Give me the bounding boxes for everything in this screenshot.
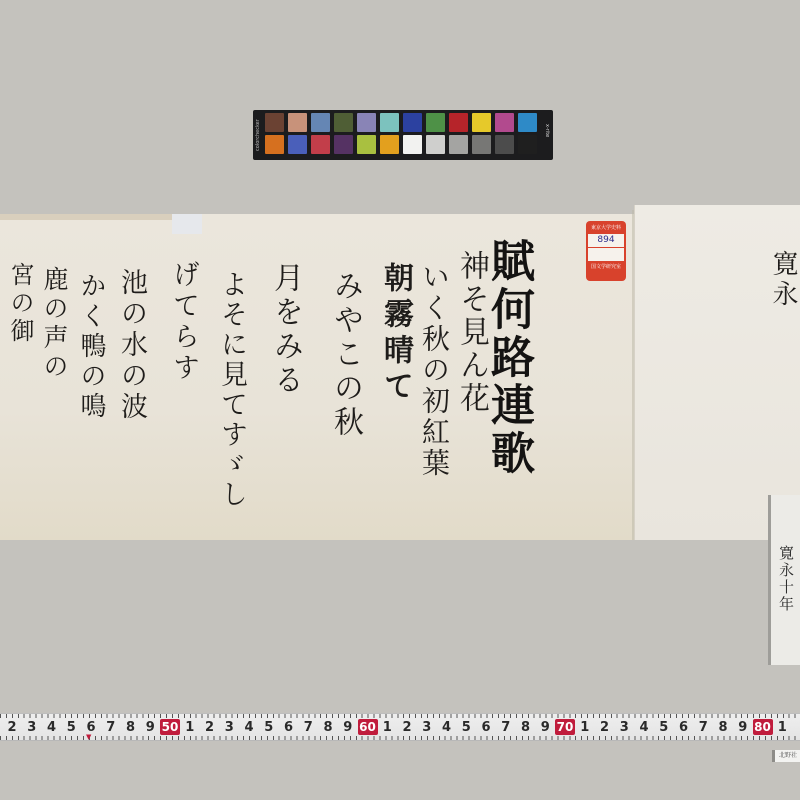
ruler-label: 7 <box>301 720 315 735</box>
ruler-label: 5 <box>64 720 78 735</box>
ruler-label: 4 <box>45 720 59 735</box>
color-swatch <box>472 113 491 132</box>
ruler-label: 4 <box>242 720 256 735</box>
color-swatch <box>265 135 284 154</box>
color-swatch <box>495 113 514 132</box>
color-swatch <box>311 135 330 154</box>
checker-maker-label: x-rite <box>542 124 550 148</box>
stamp-top-label: 東京大学史料 <box>588 223 624 233</box>
ruler-major-label: 60 <box>358 719 378 735</box>
text-column: 鹿の声の <box>42 266 67 382</box>
ruler-label: 7 <box>499 720 513 735</box>
stamp-bottom-label: 国文学研究室 <box>588 262 624 272</box>
ruler-label: 6 <box>282 720 296 735</box>
color-swatch <box>449 113 468 132</box>
color-swatch <box>426 135 445 154</box>
color-swatch <box>380 113 399 132</box>
ruler-label: 2 <box>598 720 612 735</box>
ruler-label: 3 <box>617 720 631 735</box>
ruler-label: 8 <box>321 720 335 735</box>
color-swatch <box>403 135 422 154</box>
ruler-major-label: 80 <box>753 719 773 735</box>
ruler-label: 4 <box>440 720 454 735</box>
stamp-blank-cell <box>588 248 624 261</box>
ruler-label: 7 <box>104 720 118 735</box>
document-title: 賦何路連歌 <box>486 238 530 478</box>
scroll-torn-notch <box>172 214 202 234</box>
ruler-label: 1 <box>183 720 197 735</box>
color-swatch <box>426 113 445 132</box>
text-column: 朝霧晴て <box>380 262 410 406</box>
ruler-major-label: 70 <box>555 719 575 735</box>
color-swatch <box>495 135 514 154</box>
text-column: かく鴨の鳴 <box>78 272 104 422</box>
color-swatch <box>518 113 537 132</box>
color-swatch <box>449 135 468 154</box>
color-swatch-grid <box>265 113 541 154</box>
ruler-label: 8 <box>519 720 533 735</box>
date-slip-text: 寛永十年 <box>776 545 797 613</box>
ruler-major-label: 50 <box>160 719 180 735</box>
text-column: みやこの秋 <box>330 270 360 440</box>
ruler-label: 1 <box>578 720 592 735</box>
text-column: 月をみる <box>270 262 300 398</box>
text-column: いく秋の初紅葉 <box>420 262 448 479</box>
ruler-label: 2 <box>5 720 19 735</box>
ruler-label: 6 <box>677 720 691 735</box>
ruler-label: 2 <box>400 720 414 735</box>
color-checker-card: colorchecker x-rite <box>253 110 553 160</box>
color-swatch <box>288 135 307 154</box>
ruler-label: 5 <box>657 720 671 735</box>
ruler-label: 5 <box>262 720 276 735</box>
ruler-label: 8 <box>716 720 730 735</box>
ruler-label: 9 <box>538 720 552 735</box>
text-column: 寛永 <box>770 250 796 310</box>
ruler-label: 3 <box>25 720 39 735</box>
ruler-label: 9 <box>736 720 750 735</box>
ruler-label: 8 <box>124 720 138 735</box>
ruler-label: 3 <box>420 720 434 735</box>
color-swatch <box>357 135 376 154</box>
text-column: よそに見てすゞし <box>218 270 245 510</box>
ruler-label: 9 <box>143 720 157 735</box>
color-swatch <box>334 135 353 154</box>
color-swatch <box>288 113 307 132</box>
stamp-number: 894 <box>588 234 624 247</box>
measuring-ruler: 2345678950123456789601234567897012345678… <box>0 713 800 741</box>
color-swatch <box>518 135 537 154</box>
ruler-label: 2 <box>203 720 217 735</box>
checker-brand-label: colorchecker <box>255 114 265 156</box>
collection-corner-label: 北野社 <box>772 750 800 762</box>
text-column: 神そ見ん花 <box>456 250 486 415</box>
ruler-label: 5 <box>459 720 473 735</box>
ruler-marker-icon: ▼ <box>86 733 91 741</box>
color-swatch <box>472 135 491 154</box>
text-column: 池の水の波 <box>118 268 145 423</box>
ruler-label: 4 <box>637 720 651 735</box>
text-column: げてらす <box>170 260 197 384</box>
ruler-label: 9 <box>341 720 355 735</box>
color-swatch <box>380 135 399 154</box>
scroll-worn-edge <box>0 214 172 220</box>
text-column: 宮の御 <box>8 262 32 346</box>
ruler-label: 6 <box>479 720 493 735</box>
ruler-label: 1 <box>380 720 394 735</box>
color-swatch <box>357 113 376 132</box>
color-swatch <box>334 113 353 132</box>
ruler-label: 3 <box>222 720 236 735</box>
ruler-label: 1 <box>775 720 789 735</box>
color-swatch <box>403 113 422 132</box>
color-swatch <box>265 113 284 132</box>
ruler-label: 7 <box>696 720 710 735</box>
collection-stamp: 東京大学史料 894 国文学研究室 <box>586 221 626 281</box>
color-swatch <box>311 113 330 132</box>
